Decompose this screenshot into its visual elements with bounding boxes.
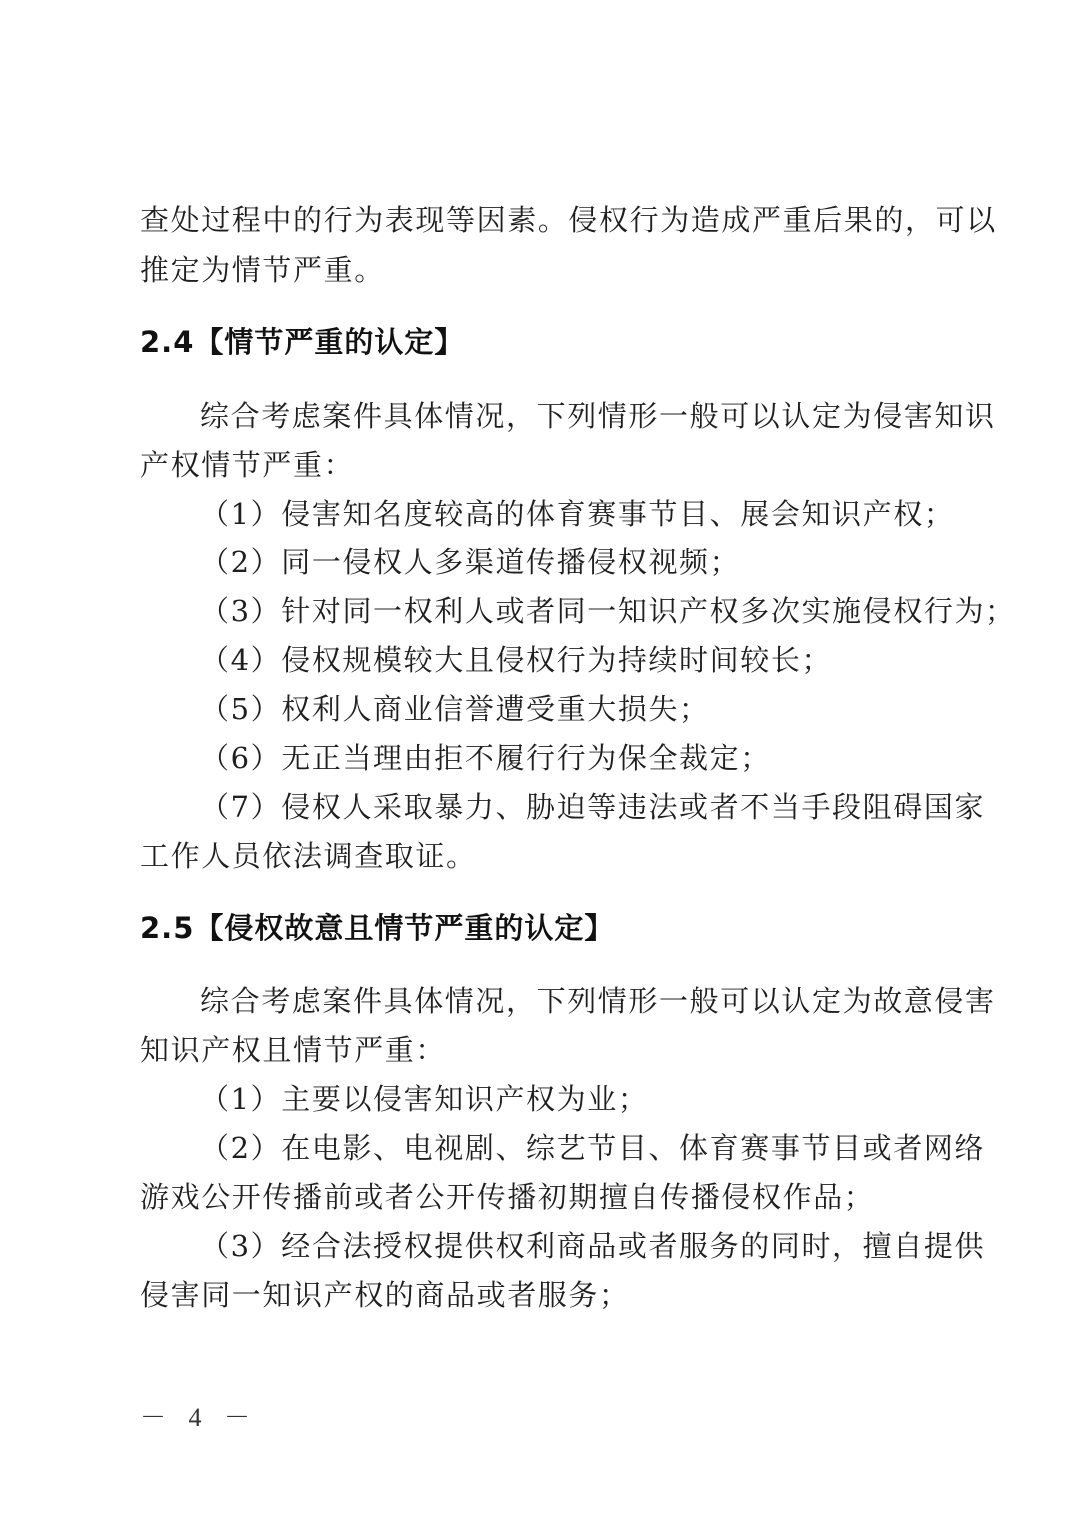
section-heading-2-4: 2.4【情节严重的认定】 <box>140 324 464 360</box>
list-item: （6）无正当理由拒不履行行为保全裁定； <box>200 740 940 776</box>
document-page: 查处过程中的行为表现等因素。侵权行为造成严重后果的，可以 推定为情节严重。 2.… <box>0 0 1080 1526</box>
list-item: （7）侵权人采取暴力、胁迫等违法或者不当手段阻碍国家 <box>200 789 940 825</box>
section-intro-line: 产权情节严重： <box>140 447 940 483</box>
list-item: （1）侵害知名度较高的体育赛事节目、展会知识产权； <box>200 496 940 532</box>
paragraph-line: 推定为情节严重。 <box>140 252 940 288</box>
section-intro-line: 综合考虑案件具体情况，下列情形一般可以认定为侵害知识 <box>200 398 940 434</box>
list-item: （1）主要以侵害知识产权为业； <box>200 1081 940 1117</box>
section-intro-line: 知识产权且情节严重： <box>140 1032 940 1068</box>
list-item-continuation: 侵害同一知识产权的商品或者服务； <box>140 1277 940 1313</box>
list-item: （2）同一侵权人多渠道传播侵权视频； <box>200 544 940 580</box>
paragraph-line: 查处过程中的行为表现等因素。侵权行为造成严重后果的，可以 <box>140 202 940 238</box>
page-number: － 4 － <box>140 1402 258 1434</box>
section-intro-line: 综合考虑案件具体情况，下列情形一般可以认定为故意侵害 <box>200 983 940 1019</box>
list-item: （5）权利人商业信誉遭受重大损失； <box>200 691 940 727</box>
list-item-continuation: 工作人员依法调查取证。 <box>140 838 940 874</box>
list-item: （3）针对同一权利人或者同一知识产权多次实施侵权行为； <box>200 593 940 629</box>
list-item-continuation: 游戏公开传播前或者公开传播初期擅自传播侵权作品； <box>140 1179 940 1215</box>
list-item: （4）侵权规模较大且侵权行为持续时间较长； <box>200 642 940 678</box>
section-heading-2-5: 2.5【侵权故意且情节严重的认定】 <box>140 910 614 946</box>
list-item: （2）在电影、电视剧、综艺节目、体育赛事节目或者网络 <box>200 1130 940 1166</box>
list-item: （3）经合法授权提供权利商品或者服务的同时，擅自提供 <box>200 1228 940 1264</box>
